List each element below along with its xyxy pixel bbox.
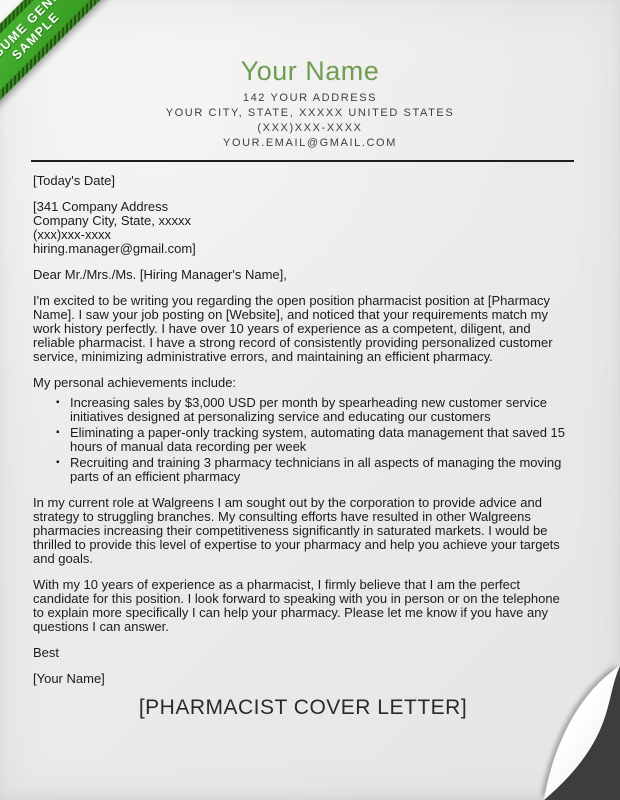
current-role-paragraph: In my current role at Walgreens I am sou…: [33, 496, 573, 566]
achievements-intro: My personal achievements include:: [33, 376, 573, 390]
achievement-text: Recruiting and training 3 pharmacy techn…: [70, 455, 561, 484]
achievement-text: Eliminating a paper-only tracking system…: [70, 425, 565, 454]
achievement-item: ▪ Recruiting and training 3 pharmacy tec…: [33, 456, 573, 484]
company-address-line: hiring.manager@gmail.com]: [33, 242, 573, 256]
achievements-list: ▪ Increasing sales by $3,000 USD per mon…: [33, 396, 573, 484]
closing-paragraph: With my 10 years of experience as a phar…: [33, 578, 573, 634]
footer-title: [PHARMACIST COVER LETTER]: [33, 701, 573, 715]
page-curl: [520, 660, 620, 800]
header-address-line2: YOUR CITY, STATE, XXXXX UNITED STATES: [0, 106, 620, 121]
header-phone: (XXX)XXX-XXXX: [0, 121, 620, 136]
date-line: [Today's Date]: [33, 174, 573, 188]
company-address-line: Company City, State, xxxxx: [33, 214, 573, 228]
letter-body: [Today's Date] [341 Company Address Comp…: [0, 174, 620, 715]
letter-header: Your Name 142 YOUR ADDRESS YOUR CITY, ST…: [0, 0, 620, 151]
intro-paragraph: I'm excited to be writing you regarding …: [33, 294, 573, 364]
valediction: Best: [33, 646, 573, 660]
bullet-icon: ▪: [56, 456, 60, 470]
cover-letter-page: RESUME GENIUS SAMPLE Your Name 142 YOUR …: [0, 0, 620, 800]
header-email: YOUR.EMAIL@GMAIL.COM: [0, 136, 620, 151]
company-address-line: [341 Company Address: [33, 200, 573, 214]
greeting-line: Dear Mr./Mrs./Ms. [Hiring Manager's Name…: [33, 268, 573, 282]
bullet-icon: ▪: [56, 396, 60, 410]
header-address-line1: 142 YOUR ADDRESS: [0, 91, 620, 106]
achievement-text: Increasing sales by $3,000 USD per month…: [70, 395, 547, 424]
company-address-line: (xxx)xxx-xxxx: [33, 228, 573, 242]
signature-line: [Your Name]: [33, 672, 573, 686]
header-divider: [31, 160, 574, 162]
applicant-name-heading: Your Name: [0, 56, 620, 86]
achievement-item: ▪ Eliminating a paper-only tracking syst…: [33, 426, 573, 454]
bullet-icon: ▪: [56, 426, 60, 440]
achievement-item: ▪ Increasing sales by $3,000 USD per mon…: [33, 396, 573, 424]
